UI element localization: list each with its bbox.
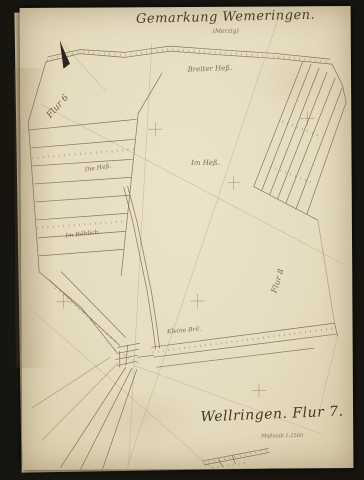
map-paper-sheet: Gemarkung Wemeringen. (Merzig) Flur 6 Fl… <box>20 6 354 470</box>
scale-note: Maßstab 1:2500 <box>231 433 333 440</box>
scan-background: { "document": { "title": "Gemarkung Weme… <box>0 0 364 480</box>
center-road <box>124 186 160 349</box>
bottom-left-strips <box>32 357 138 470</box>
bottom-sketch <box>202 448 269 467</box>
right-parcel-strips <box>253 61 348 324</box>
survey-cross-marks <box>55 111 316 399</box>
left-parcel-block <box>28 73 163 276</box>
parcel-knot <box>115 343 140 367</box>
roehlich-parcels <box>39 271 125 353</box>
pencil-survey-lines <box>28 20 345 470</box>
north-arrow-icon <box>60 41 70 69</box>
top-parcel-row <box>28 45 346 122</box>
field-label-im-hess: Im Heß. <box>171 159 241 167</box>
